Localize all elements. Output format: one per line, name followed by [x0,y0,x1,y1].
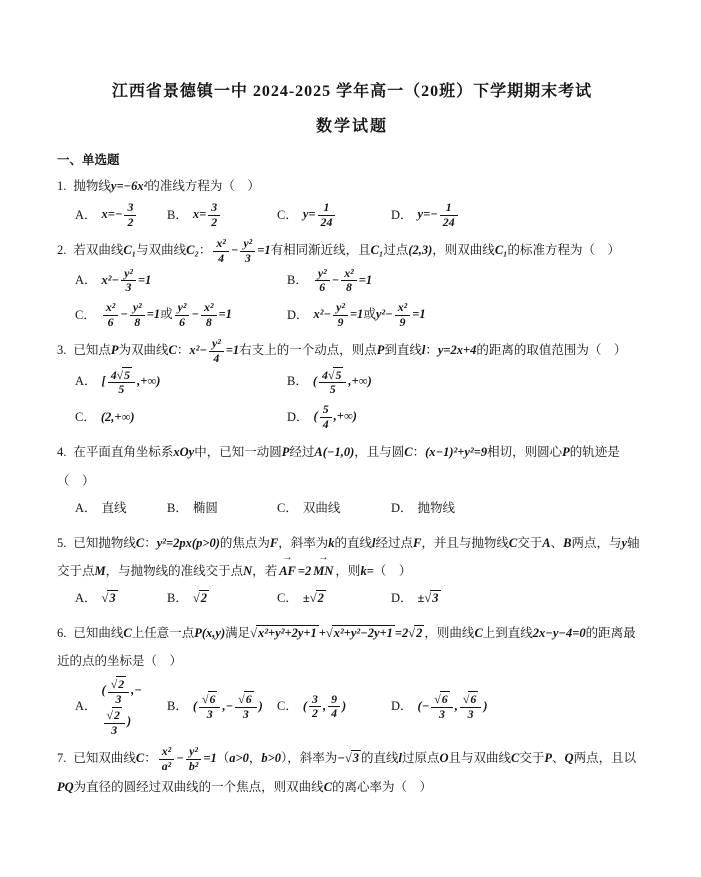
option-label: A． [75,268,97,293]
math-expression: y [621,536,627,550]
section-heading: 一、单选题 [57,150,647,168]
option-d: D．y=−124 [391,201,647,229]
option-text: (2,+∞) [101,405,135,430]
math-expression: x²−y²3=1 [102,273,152,287]
math-expression: C [324,780,332,794]
radical: √2 [111,677,126,691]
math-expression: x²−y²4=1 [189,343,239,357]
option-c: C．±√2 [277,586,391,612]
option-label: B． [167,203,188,228]
math-expression: xOy [173,445,194,459]
fraction: 124 [318,201,336,229]
question-number: 4. [57,445,66,459]
option-label: C． [75,303,96,328]
math-expression: ±√2 [303,591,326,605]
math-expression: y²6−x²8=1 [173,307,232,321]
question: 4.在平面直角坐标系xOy中，已知一动圆P经过A(−1,0)，且与圆C：(x−1… [57,438,647,521]
question: 7.已知双曲线C：x²a²−y²b²=1（a>0，b>0），斜率为−√3的直线l… [57,744,647,801]
fraction: x²4 [213,237,229,265]
math-expression: A [542,536,550,550]
option-a: A．[4√55,+∞) [75,367,287,398]
math-expression: C [136,751,144,765]
math-expression: ±√3 [418,591,441,605]
question-number: 3. [57,343,66,357]
radical: √6 [434,692,449,706]
radical: √2 [408,626,424,640]
option-a: A．(√23,−√23) [75,676,167,737]
math-expression: (4√55,+∞) [313,374,372,388]
option-c: C．双曲线 [277,496,391,522]
math-expression: (32,94) [303,699,346,713]
fraction: 4√55 [108,367,135,398]
math-expression: F [413,536,421,550]
fraction: 94 [328,693,340,721]
option-text: 直线 [102,496,127,521]
fraction: y²8 [130,301,145,329]
option-label: B． [287,369,308,394]
question-stem: 1.抛物线y=−6x²的准线方程为（ ） [57,172,647,200]
option-text: y=124 [303,201,338,229]
math-expression: [4√55,+∞) [102,374,161,388]
math-expression: N [243,564,252,578]
fraction: x²8 [341,267,357,295]
vector: AF [279,557,296,585]
option-text: 椭圆 [193,496,218,521]
option-b: B．y²6−x²8=1 [287,267,647,295]
math-expression: √3 [102,591,118,605]
math-expression: C [509,536,517,550]
option-a: A．x²−y²3=1 [75,267,287,295]
option-a: A．x=−32 [75,201,167,229]
option-label: C． [277,586,298,611]
question-text: 已知点P为双曲线C：x²−y²4=1右支上的一个动点，则点P到直线l：y=2x+… [73,343,626,357]
option-text: √3 [102,586,118,611]
option-d: D．(−√63,√63) [391,691,647,722]
math-expression: C [169,343,177,357]
math-expression: √2 [193,591,209,605]
radical: √2 [107,708,122,722]
question-number: 6. [57,626,66,640]
math-expression: x²a²−y²b²=1 [157,751,217,765]
option-text: 双曲线 [303,496,341,521]
fraction: √23 [104,707,125,738]
radical: √6 [238,692,253,706]
radical: √3 [424,591,440,605]
radical: √2 [193,591,209,605]
fraction: y²6 [315,267,330,295]
option-label: C． [277,694,298,719]
option-label: A． [75,203,97,228]
math-expression: P [544,751,552,765]
options: A．x²−y²3=1B．y²6−x²8=1C．x²6−y²8=1或y²6−x²8… [57,267,647,330]
question-text: 若双曲线C₁与双曲线C₂：x²4−y²3=1有相同渐近线，且C₁过点(2,3)，… [73,243,620,257]
question-text: 抛物线y=−6x²的准线方程为（ ） [73,179,260,193]
math-expression: P [111,343,119,357]
option-label: A． [75,369,97,394]
option-text: (32,94) [303,693,346,721]
math-expression: y=2x+4 [438,343,477,357]
option-text: √2 [193,586,209,611]
option-text: x²6−y²8=1或y²6−x²8=1 [101,301,232,329]
options: A．√3B．√2C．±√2D．±√3 [57,586,647,612]
fraction: 4√55 [319,367,346,398]
fraction: x²9 [395,301,411,329]
option-label: C． [277,203,298,228]
option-label: B． [167,694,188,719]
radical: √x²+y²+2y+1 [250,626,319,640]
math-expression: C [136,536,144,550]
option-text: x²−y²3=1 [102,267,152,295]
question-text: 已知曲线C上任意一点P(x,y)满足√x²+y²+2y+1+√x²+y²−2y+… [57,626,636,668]
math-expression: b>0 [261,751,281,765]
math-expression: P(x,y) [194,626,225,640]
option-b: B．(4√55,+∞) [287,367,647,398]
math-expression: PQ [57,780,74,794]
option-text: (√23,−√23) [102,676,167,737]
math-expression: (−√63,√63) [418,699,488,713]
math-expression: (√63,−√63) [193,699,263,713]
question-stem: 3.已知点P为双曲线C：x²−y²4=1右支上的一个动点，则点P到直线l：y=2… [57,336,647,365]
math-expression: −√3 [337,751,361,765]
math-expression: (√23,−√23) [102,683,142,728]
option-text: ±√3 [418,586,441,611]
math-expression: 2x−y−4=0 [533,626,586,640]
option-text: (−√63,√63) [418,691,488,722]
option-d: D．抛物线 [391,496,647,522]
fraction: x²8 [201,301,217,329]
fraction: √63 [460,691,481,722]
option-label: B． [167,496,188,521]
question-number: 2. [57,243,66,257]
options: A．(√23,−√23)B．(√63,−√63)C．(32,94)D．(−√63… [57,676,647,737]
math-expression: (x−1)²+y²=9 [425,445,487,459]
question-stem: 4.在平面直角坐标系xOy中，已知一动圆P经过A(−1,0)，且与圆C：(x−1… [57,438,647,494]
fraction: x²a² [159,745,175,773]
math-expression: C₁ [495,243,508,257]
question: 3.已知点P为双曲线C：x²−y²4=1右支上的一个动点，则点P到直线l：y=2… [57,336,647,431]
option-text: y=−124 [418,201,460,229]
math-expression: x=−32 [102,207,139,221]
math-expression: l [422,343,425,357]
math-expression: C [123,626,131,640]
question-stem: 5.已知抛物线C：y²=2px(p>0)的焦点为F，斜率为k的直线l经过点F，并… [57,529,647,585]
radical: √x²+y²−2y+1 [326,626,395,640]
option-text: ±√2 [303,586,326,611]
option-label: D． [391,496,413,521]
option-label: A． [75,586,97,611]
math-expression: C [404,445,412,459]
option-a: A．√3 [75,586,167,612]
fraction: y²3 [240,237,255,265]
option-label: D． [391,694,413,719]
math-expression: C₂ [186,243,199,257]
option-a: A．直线 [75,496,167,522]
question-number: 5. [57,536,66,550]
question-text: 已知抛物线C：y²=2px(p>0)的焦点为F，斜率为k的直线l经过点F，并且与… [57,536,640,578]
fraction: y²b² [186,745,202,773]
math-expression: √x²+y²+2y+1+√x²+y²−2y+1=2√2 [250,626,424,640]
option-label: D． [391,203,413,228]
option-label: D． [391,586,413,611]
math-expression: (2,+∞) [101,410,135,424]
math-expression: y²=2px(p>0) [157,536,220,550]
fraction: x²6 [103,301,119,329]
option-label: C． [75,405,96,430]
radical: √6 [202,692,217,706]
radical: √3 [345,751,361,765]
math-expression: x²4−y²3=1 [211,243,270,257]
option-b: B．√2 [167,586,277,612]
option-text: x=−32 [102,201,139,229]
option-text: x²−y²9=1或y²−x²9=1 [314,301,426,329]
question-text: 已知双曲线C：x²a²−y²b²=1（a>0，b>0），斜率为−√3的直线l过原… [57,751,636,794]
option-b: B．(√63,−√63) [167,691,277,722]
fraction: √63 [235,691,256,722]
radical: √5 [117,368,132,382]
math-expression: y=−124 [418,207,460,221]
option-d: D．x²−y²9=1或y²−x²9=1 [287,301,647,329]
options: A．[4√55,+∞)B．(4√55,+∞)C．(2,+∞)D．(54,+∞) [57,367,647,432]
fraction: √23 [108,676,129,707]
math-expression: l [398,751,401,765]
math-expression: O [439,751,448,765]
question-number: 1. [57,179,66,193]
option-text: (4√55,+∞) [313,367,372,398]
options: A．直线B．椭圆C．双曲线D．抛物线 [57,496,647,522]
math-expression: C₁ [123,243,136,257]
option-c: C．y=124 [277,201,391,229]
math-expression: P [377,343,385,357]
option-text: 抛物线 [418,496,456,521]
exam-page: 江西省景德镇一中 2024-2025 学年高一（20班）下学期期末考试 数学试题… [0,0,701,816]
fraction: y²3 [121,267,136,295]
fraction: y²4 [209,337,224,365]
option-c: C．(32,94) [277,693,391,721]
option-label: C． [277,496,298,521]
question-stem: 7.已知双曲线C：x²a²−y²b²=1（a>0，b>0），斜率为−√3的直线l… [57,744,647,801]
math-expression: P [562,445,570,459]
option-d: D．±√3 [391,586,647,612]
option-label: D． [287,303,309,328]
math-expression: y=−6x² [111,179,148,193]
math-expression: C₁ [371,243,384,257]
math-expression: x=32 [193,207,222,221]
option-text: x=32 [193,201,222,229]
option-label: B． [287,268,308,293]
question-text: 在平面直角坐标系xOy中，已知一动圆P经过A(−1,0)，且与圆C：(x−1)²… [57,445,620,487]
fraction: √63 [199,691,220,722]
option-text: [4√55,+∞) [102,367,161,398]
option-text: y²6−x²8=1 [313,267,372,295]
math-expression: A(−1,0) [314,445,354,459]
option-d: D．(54,+∞) [287,403,647,431]
radical: √2 [310,591,326,605]
math-expression: Q [565,751,574,765]
question-stem: 6.已知曲线C上任意一点P(x,y)满足√x²+y²+2y+1+√x²+y²−2… [57,619,647,675]
fraction: 32 [208,201,220,229]
fraction: 32 [309,693,321,721]
question: 6.已知曲线C上任意一点P(x,y)满足√x²+y²+2y+1+√x²+y²−2… [57,619,647,737]
math-expression: C [474,626,482,640]
question: 2.若双曲线C₁与双曲线C₂：x²4−y²3=1有相同渐近线，且C₁过点(2,3… [57,236,647,329]
math-expression: (2,3) [408,243,432,257]
option-label: A． [75,496,97,521]
math-expression: y=124 [303,207,338,221]
options: A．x=−32B．x=32C．y=124D．y=−124 [57,201,647,229]
fraction: y²9 [333,301,348,329]
vector: MN [313,557,333,585]
fraction: √63 [431,691,452,722]
math-expression: B [563,536,571,550]
math-expression: AF=2MN [277,564,335,578]
math-expression: C [511,751,519,765]
fraction: y²6 [175,301,190,329]
option-text: (√63,−√63) [193,691,263,722]
exam-subtitle: 数学试题 [57,113,647,136]
option-label: B． [167,586,188,611]
math-expression: M [95,564,106,578]
math-expression: (54,+∞) [314,409,357,423]
math-expression: y²−x²9=1 [376,307,426,321]
fraction: 54 [320,403,332,431]
fraction: 124 [440,201,458,229]
math-expression: P [282,445,290,459]
math-expression: y²6−x²8=1 [313,273,372,287]
radical: √6 [463,692,478,706]
option-label: A． [75,694,97,719]
radical: √3 [102,591,118,605]
option-c: C．x²6−y²8=1或y²6−x²8=1 [75,301,287,329]
math-expression: F [270,536,278,550]
question-stem: 2.若双曲线C₁与双曲线C₂：x²4−y²3=1有相同渐近线，且C₁过点(2,3… [57,236,647,265]
option-b: B．椭圆 [167,496,277,522]
exam-title: 江西省景德镇一中 2024-2025 学年高一（20班）下学期期末考试 [57,78,647,101]
option-text: (54,+∞) [314,403,357,431]
math-expression: k= [360,564,373,578]
question-number: 7. [57,751,66,765]
fraction: 32 [124,201,136,229]
question: 1.抛物线y=−6x²的准线方程为（ ）A．x=−32B．x=32C．y=124… [57,172,647,229]
math-expression: a>0 [229,751,249,765]
option-c: C．(2,+∞) [75,404,287,430]
radical: √5 [328,368,343,382]
question-list: 1.抛物线y=−6x²的准线方程为（ ）A．x=−32B．x=32C．y=124… [57,172,647,802]
option-label: D． [287,405,309,430]
math-expression: x²6−y²8=1 [101,307,160,321]
question: 5.已知抛物线C：y²=2px(p>0)的焦点为F，斜率为k的直线l经过点F，并… [57,529,647,612]
math-expression: l [372,536,375,550]
math-expression: x²−y²9=1 [314,307,364,321]
option-b: B．x=32 [167,201,277,229]
